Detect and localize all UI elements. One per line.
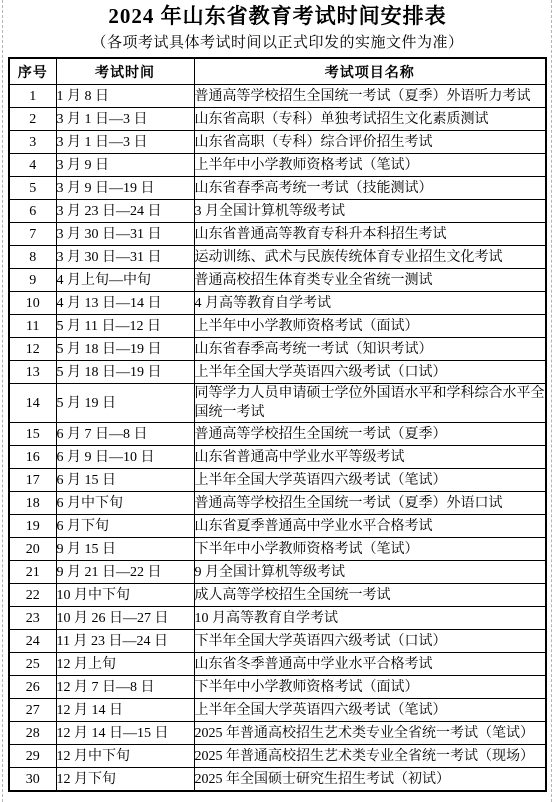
cell-name: 2025 年全国硕士研究生招生考试（初试） <box>194 768 546 792</box>
cell-date: 3 月 1 日—3 日 <box>56 131 194 154</box>
table-row: 2612 月 7 日—8 日下半年中小学教师资格考试（面试） <box>9 676 546 699</box>
cell-no: 16 <box>9 446 56 469</box>
cell-date: 1 月 8 日 <box>56 85 194 108</box>
page-subtitle: （各项考试具体考试时间以正式印发的实施文件为准） <box>0 31 555 52</box>
table-body: 11 月 8 日普通高等学校招生全国统一考试（夏季）外语听力考试23 月 1 日… <box>9 85 546 792</box>
cell-no: 5 <box>9 177 56 200</box>
cell-no: 27 <box>9 699 56 722</box>
cell-date: 12 月 14 日 <box>56 699 194 722</box>
cell-date: 6 月 9 日—10 日 <box>56 446 194 469</box>
page-title: 2024 年山东省教育考试时间安排表 <box>0 0 555 30</box>
cell-name: 3 月全国计算机等级考试 <box>194 200 546 223</box>
table-row: 94 月上旬—中旬普通高校招生体育类专业全省统一测试 <box>9 269 546 292</box>
cell-date: 6 月 15 日 <box>56 469 194 492</box>
text-boundary-right <box>551 0 552 802</box>
cell-name: 2025 年普通高校招生艺术类专业全省统一考试（笔试） <box>194 722 546 745</box>
cell-name: 成人高等学校招生全国统一考试 <box>194 584 546 607</box>
cell-no: 12 <box>9 338 56 361</box>
cell-name: 普通高校招生体育类专业全省统一测试 <box>194 269 546 292</box>
cell-date: 12 月 14 日—15 日 <box>56 722 194 745</box>
cell-no: 22 <box>9 584 56 607</box>
cell-no: 29 <box>9 745 56 768</box>
cell-name: 山东省夏季普通高中学业水平合格考试 <box>194 515 546 538</box>
cell-date: 5 月 19 日 <box>56 384 194 423</box>
table-row: 2912 月中下旬2025 年普通高校招生艺术类专业全省统一考试（现场） <box>9 745 546 768</box>
table-row: 2712 月 14 日上半年全国大学英语四六级考试（笔试） <box>9 699 546 722</box>
cell-name: 下半年中小学教师资格考试（笔试） <box>194 538 546 561</box>
table-header-row: 序号 考试时间 考试项目名称 <box>9 58 546 85</box>
cell-no: 7 <box>9 223 56 246</box>
table-row: 115 月 11 日—12 日上半年中小学教师资格考试（面试） <box>9 315 546 338</box>
exam-schedule-table: 序号 考试时间 考试项目名称 11 月 8 日普通高等学校招生全国统一考试（夏季… <box>8 57 547 792</box>
table-row: 186 月中下旬普通高等学校招生全国统一考试（夏季）外语口试 <box>9 492 546 515</box>
cell-no: 2 <box>9 108 56 131</box>
cell-name: 山东省冬季普通高中学业水平合格考试 <box>194 653 546 676</box>
cell-date: 12 月下旬 <box>56 768 194 792</box>
table-row: 53 月 9 日—19 日山东省春季高考统一考试（技能测试） <box>9 177 546 200</box>
cell-no: 18 <box>9 492 56 515</box>
cell-no: 15 <box>9 423 56 446</box>
cell-date: 10 月中下旬 <box>56 584 194 607</box>
cell-no: 30 <box>9 768 56 792</box>
cell-name: 10 月高等教育自学考试 <box>194 607 546 630</box>
cell-date: 4 月 13 日—14 日 <box>56 292 194 315</box>
cell-date: 5 月 18 日—19 日 <box>56 361 194 384</box>
cell-name: 上半年中小学教师资格考试（面试） <box>194 315 546 338</box>
cell-no: 8 <box>9 246 56 269</box>
cell-name: 4 月高等教育自学考试 <box>194 292 546 315</box>
cell-date: 6 月中下旬 <box>56 492 194 515</box>
cell-name: 上半年中小学教师资格考试（笔试） <box>194 154 546 177</box>
cell-no: 14 <box>9 384 56 423</box>
cell-no: 4 <box>9 154 56 177</box>
table-row: 145 月 19 日同等学力人员申请硕士学位外国语水平和学科综合水平全国统一考试 <box>9 384 546 423</box>
cell-date: 3 月 9 日—19 日 <box>56 177 194 200</box>
cell-date: 3 月 23 日—24 日 <box>56 200 194 223</box>
cell-name: 上半年全国大学英语四六级考试（笔试） <box>194 469 546 492</box>
cell-date: 9 月 21 日—22 日 <box>56 561 194 584</box>
cell-no: 11 <box>9 315 56 338</box>
cell-date: 3 月 9 日 <box>56 154 194 177</box>
cell-no: 24 <box>9 630 56 653</box>
cell-no: 25 <box>9 653 56 676</box>
table-row: 11 月 8 日普通高等学校招生全国统一考试（夏季）外语听力考试 <box>9 85 546 108</box>
cell-name: 上半年全国大学英语四六级考试（口试） <box>194 361 546 384</box>
cell-name: 山东省春季高考统一考试（知识考试） <box>194 338 546 361</box>
header-exam-time: 考试时间 <box>56 58 194 85</box>
cell-date: 12 月中下旬 <box>56 745 194 768</box>
cell-date: 5 月 18 日—19 日 <box>56 338 194 361</box>
table-row: 23 月 1 日—3 日山东省高职（专科）单独考试招生文化素质测试 <box>9 108 546 131</box>
cell-no: 10 <box>9 292 56 315</box>
cell-no: 21 <box>9 561 56 584</box>
cell-date: 12 月 7 日—8 日 <box>56 676 194 699</box>
table-row: 33 月 1 日—3 日山东省高职（专科）综合评价招生考试 <box>9 131 546 154</box>
table-row: 156 月 7 日—8 日普通高等学校招生全国统一考试（夏季） <box>9 423 546 446</box>
table-row: 73 月 30 日—31 日山东省普通高等教育专科升本科招生考试 <box>9 223 546 246</box>
cell-no: 9 <box>9 269 56 292</box>
table-row: 83 月 30 日—31 日运动训练、武术与民族传统体育专业招生文化考试 <box>9 246 546 269</box>
cell-name: 普通高等学校招生全国统一考试（夏季）外语听力考试 <box>194 85 546 108</box>
cell-no: 19 <box>9 515 56 538</box>
cell-no: 1 <box>9 85 56 108</box>
cell-date: 6 月下旬 <box>56 515 194 538</box>
cell-date: 6 月 7 日—8 日 <box>56 423 194 446</box>
cell-no: 3 <box>9 131 56 154</box>
cell-name: 山东省普通高中学业水平等级考试 <box>194 446 546 469</box>
table-row: 135 月 18 日—19 日上半年全国大学英语四六级考试（口试） <box>9 361 546 384</box>
cell-name: 同等学力人员申请硕士学位外国语水平和学科综合水平全国统一考试 <box>194 384 546 423</box>
header-exam-name: 考试项目名称 <box>194 58 546 85</box>
cell-date: 9 月 15 日 <box>56 538 194 561</box>
cell-name: 山东省普通高等教育专科升本科招生考试 <box>194 223 546 246</box>
cell-no: 20 <box>9 538 56 561</box>
table-row: 219 月 21 日—22 日9 月全国计算机等级考试 <box>9 561 546 584</box>
cell-no: 13 <box>9 361 56 384</box>
table-row: 2812 月 14 日—15 日2025 年普通高校招生艺术类专业全省统一考试（… <box>9 722 546 745</box>
text-boundary-left <box>2 0 3 802</box>
cell-date: 10 月 26 日—27 日 <box>56 607 194 630</box>
cell-name: 上半年全国大学英语四六级考试（笔试） <box>194 699 546 722</box>
cell-name: 下半年中小学教师资格考试（面试） <box>194 676 546 699</box>
cell-no: 28 <box>9 722 56 745</box>
cell-date: 4 月上旬—中旬 <box>56 269 194 292</box>
header-serial-number: 序号 <box>9 58 56 85</box>
table-row: 63 月 23 日—24 日3 月全国计算机等级考试 <box>9 200 546 223</box>
cell-name: 山东省春季高考统一考试（技能测试） <box>194 177 546 200</box>
cell-name: 山东省高职（专科）综合评价招生考试 <box>194 131 546 154</box>
cell-no: 17 <box>9 469 56 492</box>
table-row: 196 月下旬山东省夏季普通高中学业水平合格考试 <box>9 515 546 538</box>
table-row: 2411 月 23 日—24 日下半年全国大学英语四六级考试（口试） <box>9 630 546 653</box>
cell-date: 11 月 23 日—24 日 <box>56 630 194 653</box>
cell-date: 12 月上旬 <box>56 653 194 676</box>
table-row: 176 月 15 日上半年全国大学英语四六级考试（笔试） <box>9 469 546 492</box>
cell-date: 5 月 11 日—12 日 <box>56 315 194 338</box>
table-row: 3012 月下旬2025 年全国硕士研究生招生考试（初试） <box>9 768 546 792</box>
table-row: 125 月 18 日—19 日山东省春季高考统一考试（知识考试） <box>9 338 546 361</box>
table-row: 104 月 13 日—14 日4 月高等教育自学考试 <box>9 292 546 315</box>
cell-date: 3 月 30 日—31 日 <box>56 223 194 246</box>
cell-name: 运动训练、武术与民族传统体育专业招生文化考试 <box>194 246 546 269</box>
cell-name: 普通高等学校招生全国统一考试（夏季）外语口试 <box>194 492 546 515</box>
table-row: 209 月 15 日下半年中小学教师资格考试（笔试） <box>9 538 546 561</box>
table-row: 43 月 9 日上半年中小学教师资格考试（笔试） <box>9 154 546 177</box>
table-row: 2310 月 26 日—27 日10 月高等教育自学考试 <box>9 607 546 630</box>
cell-no: 26 <box>9 676 56 699</box>
table-row: 166 月 9 日—10 日山东省普通高中学业水平等级考试 <box>9 446 546 469</box>
cell-name: 下半年全国大学英语四六级考试（口试） <box>194 630 546 653</box>
cell-name: 9 月全国计算机等级考试 <box>194 561 546 584</box>
cell-date: 3 月 1 日—3 日 <box>56 108 194 131</box>
cell-name: 普通高等学校招生全国统一考试（夏季） <box>194 423 546 446</box>
cell-name: 2025 年普通高校招生艺术类专业全省统一考试（现场） <box>194 745 546 768</box>
cell-no: 23 <box>9 607 56 630</box>
cell-name: 山东省高职（专科）单独考试招生文化素质测试 <box>194 108 546 131</box>
table-row: 2210 月中下旬成人高等学校招生全国统一考试 <box>9 584 546 607</box>
cell-date: 3 月 30 日—31 日 <box>56 246 194 269</box>
table-row: 2512 月上旬山东省冬季普通高中学业水平合格考试 <box>9 653 546 676</box>
cell-no: 6 <box>9 200 56 223</box>
